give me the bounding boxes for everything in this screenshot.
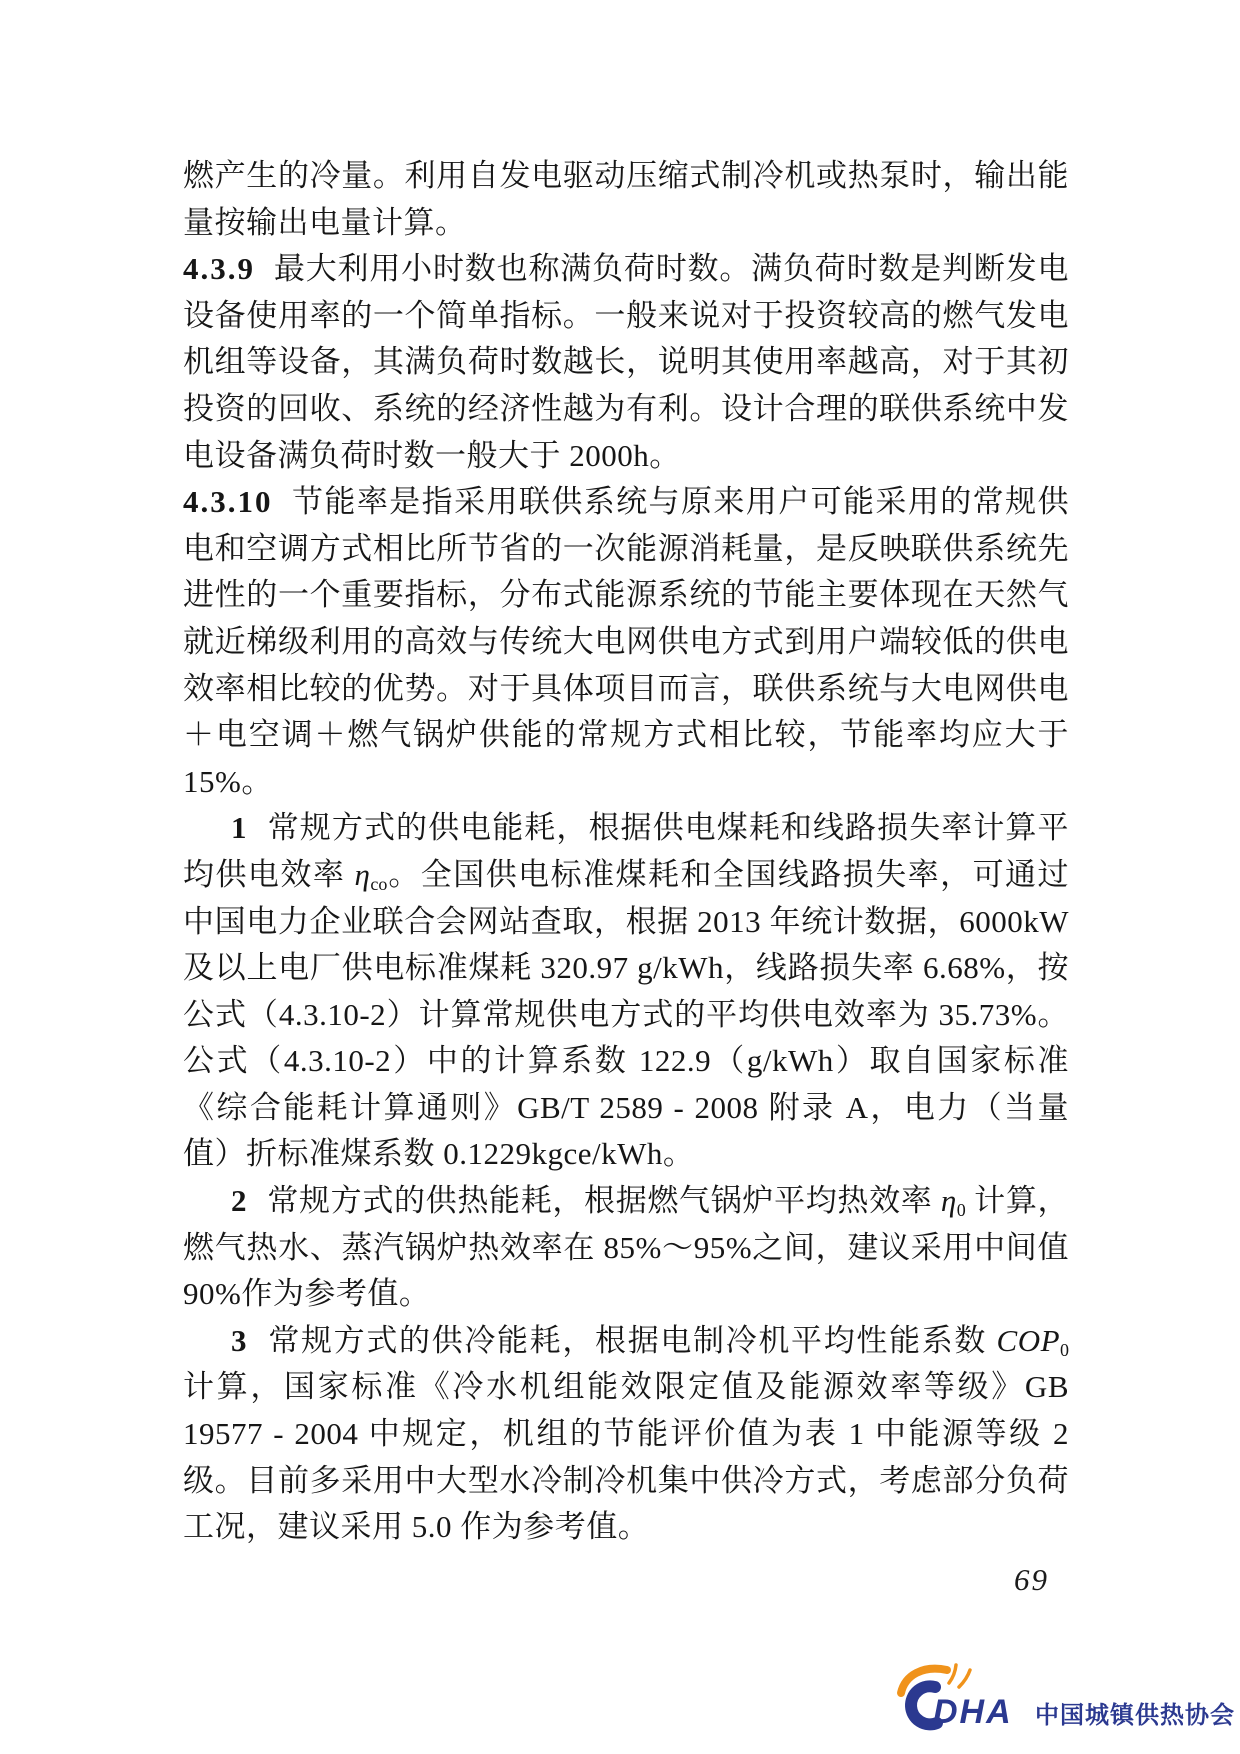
- paragraph: 4.3.10节能率是指采用联供系统与原来用户可能采用的常规供电和空调方式相比所节…: [183, 479, 1069, 805]
- paragraph: 3常规方式的供冷能耗，根据电制冷机平均性能系数 COP0 计算，国家标准《冷水机…: [183, 1318, 1069, 1551]
- cdha-logo-name: 中国城镇供热协会: [1035, 1695, 1235, 1730]
- paragraph: 2常规方式的供热能耗，根据燃气锅炉平均热效率 η0 计算，燃气热水、蒸汽锅炉热效…: [183, 1178, 1069, 1318]
- page-number: 69: [1014, 1562, 1049, 1598]
- document-page: 燃产生的冷量。利用自发电驱动压缩式制冷机或热泵时，输出能量按输出电量计算。4.3…: [0, 0, 1240, 1754]
- document-body: 燃产生的冷量。利用自发电驱动压缩式制冷机或热泵时，输出能量按输出电量计算。4.3…: [183, 153, 1069, 1551]
- cdha-logo-icon: DHA: [893, 1653, 1033, 1750]
- paragraph: 1常规方式的供电能耗，根据供电煤耗和线路损失率计算平均供电效率 ηco。全国供电…: [183, 805, 1069, 1178]
- cdha-logo-acronym: DHA: [933, 1693, 1013, 1731]
- cdha-logo: DHA 中国城镇供热协会: [893, 1653, 1238, 1745]
- paragraph: 燃产生的冷量。利用自发电驱动压缩式制冷机或热泵时，输出能量按输出电量计算。: [183, 153, 1069, 246]
- paragraph: 4.3.9最大利用小时数也称满负荷时数。满负荷时数是判断发电设备使用率的一个简单…: [183, 246, 1069, 479]
